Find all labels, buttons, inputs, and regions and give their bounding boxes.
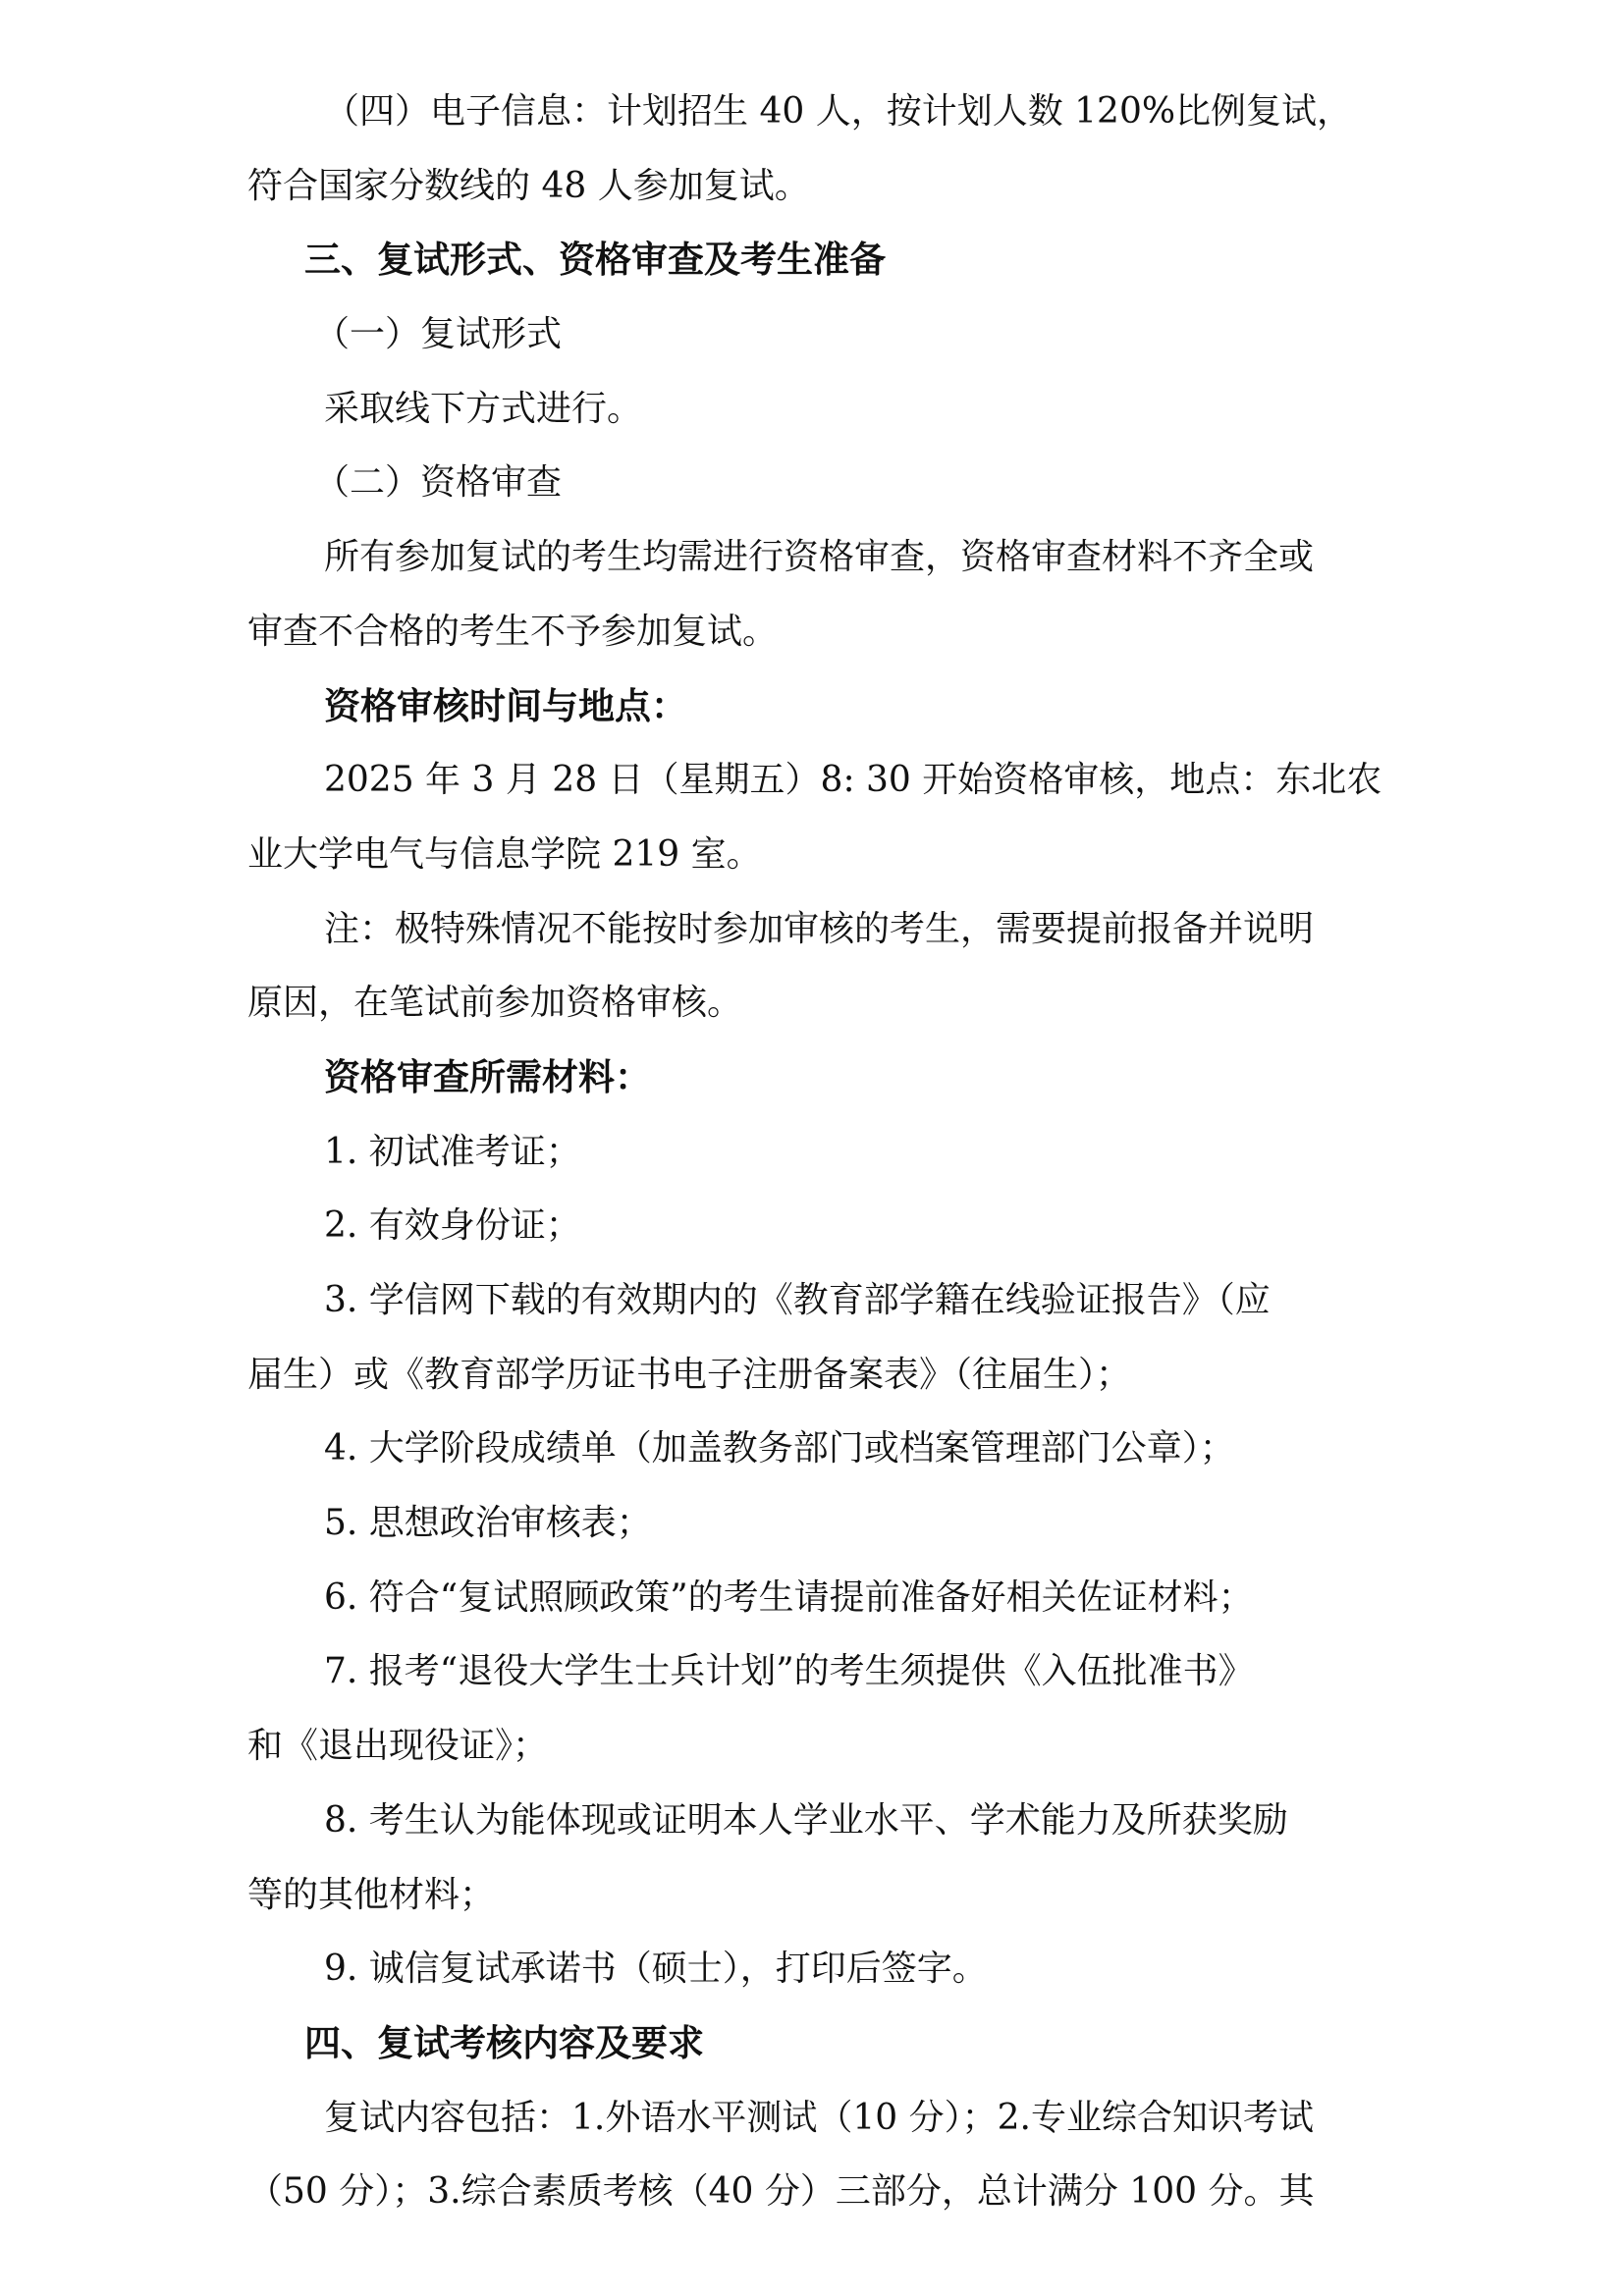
list-item: 2. 有效身份证； bbox=[247, 1201, 1386, 1275]
list-item: 7. 报考“退役大学生士兵计划”的考生须提供《入伍批准书》 bbox=[247, 1646, 1386, 1721]
list-item-continued: 届生）或《教育部学历证书电子注册备案表》（往届生）； bbox=[247, 1350, 1386, 1424]
bold-label: 资格审查所需材料： bbox=[247, 1052, 1386, 1127]
paragraph-line: 符合国家分数线的 48 人参加复试。 bbox=[247, 161, 1386, 236]
list-item: 8. 考生认为能体现或证明本人学业水平、学术能力及所获奖励 bbox=[247, 1795, 1386, 1870]
list-item: 4. 大学阶段成绩单（加盖教务部门或档案管理部门公章）； bbox=[247, 1423, 1386, 1498]
paragraph-line: 注：极特殊情况不能按时参加审核的考生，需要提前报备并说明 bbox=[247, 904, 1386, 979]
list-item-continued: 等的其他材料； bbox=[247, 1870, 1386, 1945]
document-page: （四）电子信息：计划招生 40 人，按计划人数 120%比例复试， 符合国家分数… bbox=[247, 86, 1386, 2241]
paragraph-line: 业大学电气与信息学院 219 室。 bbox=[247, 829, 1386, 904]
paragraph-line: 复试内容包括：1.外语水平测试（10 分）；2.专业综合知识考试 bbox=[247, 2093, 1386, 2167]
paragraph-line: 原因，在笔试前参加资格审核。 bbox=[247, 978, 1386, 1052]
list-item: 5. 思想政治审核表； bbox=[247, 1498, 1386, 1573]
paragraph-line: （50 分）；3.综合素质考核（40 分）三部分，总计满分 100 分。其 bbox=[247, 2166, 1386, 2241]
subsection-heading: （一）复试形式 bbox=[247, 309, 1386, 384]
section-heading: 三、复试形式、资格审查及考生准备 bbox=[247, 235, 1386, 309]
list-item: 3. 学信网下载的有效期内的《教育部学籍在线验证报告》（应 bbox=[247, 1275, 1386, 1350]
paragraph-line: （四）电子信息：计划招生 40 人，按计划人数 120%比例复试， bbox=[247, 86, 1386, 161]
paragraph-line: 采取线下方式进行。 bbox=[247, 384, 1386, 458]
bold-label: 资格审核时间与地点： bbox=[247, 681, 1386, 756]
paragraph-line: 所有参加复试的考生均需进行资格审查，资格审查材料不齐全或 bbox=[247, 532, 1386, 607]
section-heading: 四、复试考核内容及要求 bbox=[247, 2018, 1386, 2093]
subsection-heading: （二）资格审查 bbox=[247, 457, 1386, 532]
paragraph-line: 审查不合格的考生不予参加复试。 bbox=[247, 607, 1386, 681]
paragraph-line: 2025 年 3 月 28 日（星期五）8: 30 开始资格审核，地点：东北农 bbox=[247, 755, 1386, 829]
list-item: 6. 符合“复试照顾政策”的考生请提前准备好相关佐证材料； bbox=[247, 1573, 1386, 1647]
list-item-continued: 和《退出现役证》； bbox=[247, 1721, 1386, 1795]
list-item: 9. 诚信复试承诺书（硕士），打印后签字。 bbox=[247, 1944, 1386, 2018]
list-item: 1. 初试准考证； bbox=[247, 1127, 1386, 1201]
